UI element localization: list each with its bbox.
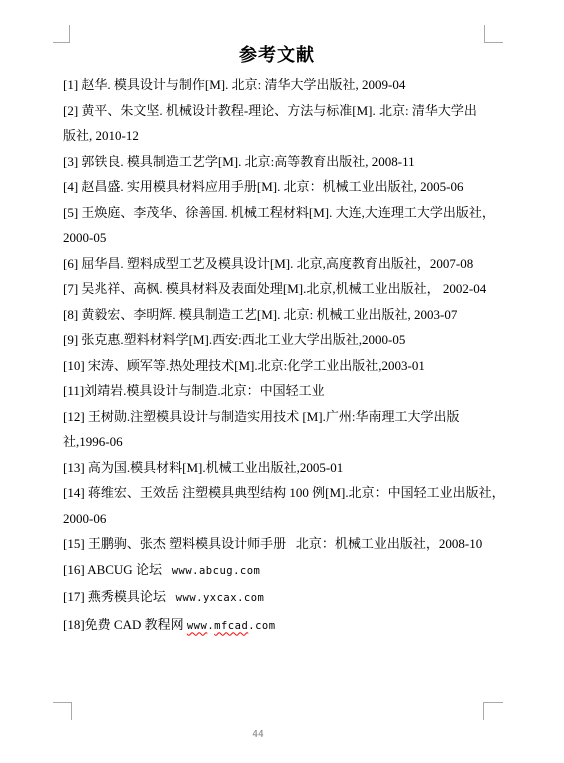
reference-line: [1] 赵华. 模具设计与制作[M]. 北京: 清华大学出版社, 2009-04 bbox=[63, 72, 509, 98]
reference-line: [16] ABCUG 论坛 www.abcug.com bbox=[63, 557, 509, 585]
reference-item: [4] 赵昌盛. 实用模具材料应用手册[M]. 北京：机械工业出版社, 2005… bbox=[63, 174, 509, 200]
reference-url: www.yxcax.com bbox=[176, 592, 265, 604]
reference-url: www.abcug.com bbox=[172, 565, 261, 577]
spellcheck-underlined-text: www bbox=[187, 620, 207, 632]
reference-line: [2] 黄平、朱文坚. 机械设计教程-理论、方法与标准[M]. 北京: 清华大学… bbox=[63, 98, 509, 124]
reference-line: [18]免费 CAD 教程网 www.mfcad.com bbox=[63, 612, 509, 640]
reference-line: 2000-06 bbox=[63, 506, 509, 532]
reference-item: [7] 吴兆祥、高枫. 模具材料及表面处理[M].北京,机械工业出版社， 200… bbox=[63, 276, 509, 302]
page-number: 44 bbox=[0, 729, 516, 740]
reference-line: [11]刘靖岩.模具设计与制造.北京：中国轻工业 bbox=[63, 378, 509, 404]
reference-item: [14] 蒋维宏、王效岳 注塑模具典型结构 100 例[M].北京：中国轻工业出… bbox=[63, 480, 509, 531]
reference-item: [1] 赵华. 模具设计与制作[M]. 北京: 清华大学出版社, 2009-04 bbox=[63, 72, 509, 98]
reference-line: [4] 赵昌盛. 实用模具材料应用手册[M]. 北京：机械工业出版社, 2005… bbox=[63, 174, 509, 200]
reference-line: [12] 王树勋.注塑模具设计与制造实用技术 [M].广州:华南理工大学出版 bbox=[63, 404, 509, 430]
reference-line: [8] 黄毅宏、李明辉. 模具制造工艺[M]. 北京: 机械工业出版社, 200… bbox=[63, 302, 509, 328]
reference-line: [6] 屈华昌. 塑料成型工艺及模具设计[M]. 北京,高度教育出版社，2007… bbox=[63, 251, 509, 277]
reference-item: [15] 王鹏驹、张杰 塑料模具设计师手册 北京：机械工业出版社，2008-10 bbox=[63, 531, 509, 557]
reference-line: [9] 张克惠.塑料材料学[M].西安:西北工业大学出版社,2000-05 bbox=[63, 327, 509, 353]
reference-item: [12] 王树勋.注塑模具设计与制造实用技术 [M].广州:华南理工大学出版社,… bbox=[63, 404, 509, 455]
reference-line: [7] 吴兆祥、高枫. 模具材料及表面处理[M].北京,机械工业出版社， 200… bbox=[63, 276, 509, 302]
reference-item: [8] 黄毅宏、李明辉. 模具制造工艺[M]. 北京: 机械工业出版社, 200… bbox=[63, 302, 509, 328]
reference-item: [10] 宋涛、顾军等.热处理技术[M].北京:化学工业出版社,2003-01 bbox=[63, 353, 509, 379]
reference-item: [2] 黄平、朱文坚. 机械设计教程-理论、方法与标准[M]. 北京: 清华大学… bbox=[63, 98, 509, 149]
reference-text: [18]免费 CAD 教程网 bbox=[63, 617, 187, 632]
reference-item: [6] 屈华昌. 塑料成型工艺及模具设计[M]. 北京,高度教育出版社，2007… bbox=[63, 251, 509, 277]
reference-line: [17] 燕秀模具论坛 www.yxcax.com bbox=[63, 584, 509, 612]
page-title: 参考文献 bbox=[0, 41, 554, 67]
reference-text: [16] ABCUG 论坛 bbox=[63, 562, 172, 577]
reference-line: 版社, 2010-12 bbox=[63, 123, 509, 149]
reference-item: [18]免费 CAD 教程网 www.mfcad.com bbox=[63, 612, 509, 640]
reference-line: [15] 王鹏驹、张杰 塑料模具设计师手册 北京：机械工业出版社，2008-10 bbox=[63, 531, 509, 557]
reference-item: [9] 张克惠.塑料材料学[M].西安:西北工业大学出版社,2000-05 bbox=[63, 327, 509, 353]
reference-item: [17] 燕秀模具论坛 www.yxcax.com bbox=[63, 584, 509, 612]
reference-line: [5] 王焕庭、李茂华、徐善国. 机械工程材料[M]. 大连,大连理工大学出版社… bbox=[63, 200, 509, 226]
reference-item: [5] 王焕庭、李茂华、徐善国. 机械工程材料[M]. 大连,大连理工大学出版社… bbox=[63, 200, 509, 251]
reference-line: [14] 蒋维宏、王效岳 注塑模具典型结构 100 例[M].北京：中国轻工业出… bbox=[63, 480, 509, 506]
reference-line: 2000-05 bbox=[63, 225, 509, 251]
spellcheck-underlined-text: mfcad bbox=[214, 620, 248, 632]
text-boundary-mark-bottom-right bbox=[483, 702, 503, 720]
reference-url: www.mfcad.com bbox=[187, 620, 276, 632]
reference-text: [17] 燕秀模具论坛 bbox=[63, 589, 176, 604]
reference-item: [11]刘靖岩.模具设计与制造.北京：中国轻工业 bbox=[63, 378, 509, 404]
reference-item: [13] 高为国.模具材料[M].机械工业出版社,2005-01 bbox=[63, 455, 509, 481]
text-boundary-mark-bottom-left bbox=[53, 702, 72, 720]
reference-line: 社,1996-06 bbox=[63, 429, 509, 455]
reference-item: [3] 郭铁良. 模具制造工艺学[M]. 北京:高等教育出版社, 2008-11 bbox=[63, 149, 509, 175]
reference-list: [1] 赵华. 模具设计与制作[M]. 北京: 清华大学出版社, 2009-04… bbox=[63, 72, 509, 639]
reference-line: [10] 宋涛、顾军等.热处理技术[M].北京:化学工业出版社,2003-01 bbox=[63, 353, 509, 379]
reference-line: [3] 郭铁良. 模具制造工艺学[M]. 北京:高等教育出版社, 2008-11 bbox=[63, 149, 509, 175]
document-page: 参考文献 [1] 赵华. 模具设计与制作[M]. 北京: 清华大学出版社, 20… bbox=[0, 0, 564, 763]
reference-line: [13] 高为国.模具材料[M].机械工业出版社,2005-01 bbox=[63, 455, 509, 481]
reference-item: [16] ABCUG 论坛 www.abcug.com bbox=[63, 557, 509, 585]
